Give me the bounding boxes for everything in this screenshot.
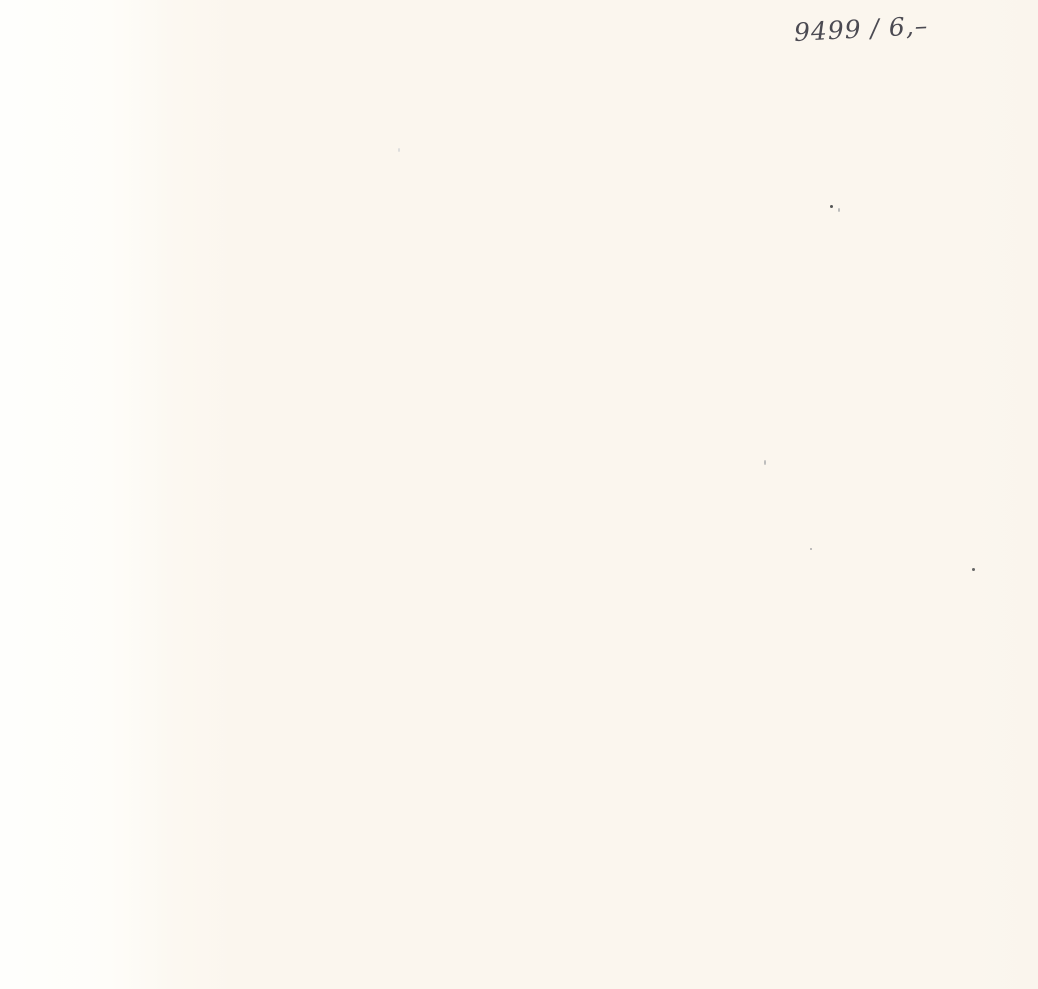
scanned-page: 9499 / 6,– bbox=[0, 0, 1038, 989]
dust-speck bbox=[838, 208, 840, 212]
dust-speck bbox=[810, 548, 812, 550]
dust-speck bbox=[830, 205, 833, 208]
dust-speck bbox=[764, 460, 766, 465]
dust-speck bbox=[398, 148, 400, 152]
handwritten-note: 9499 / 6,– bbox=[793, 11, 929, 47]
dust-speck bbox=[972, 568, 975, 571]
